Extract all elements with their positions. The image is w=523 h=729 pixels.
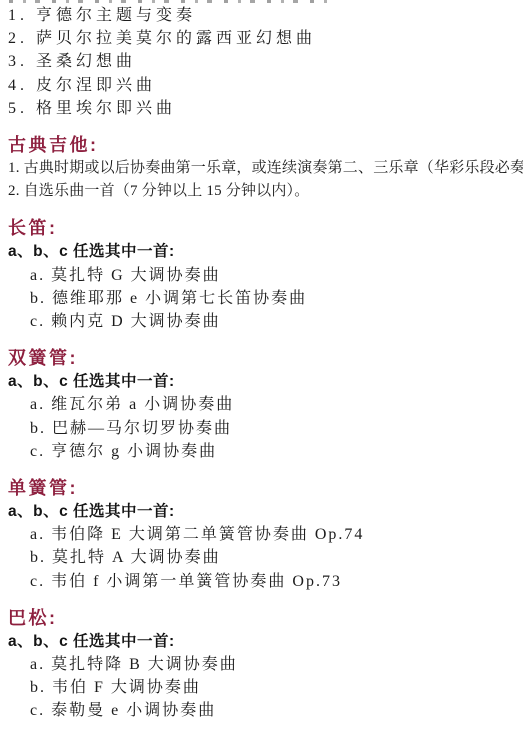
section-title: 巴松: (8, 606, 523, 630)
repertoire-item: a. 维瓦尔弟 a 小调协奏曲 (30, 393, 523, 416)
repertoire-item: b. 德维耶那 e 小调第七长笛协奏曲 (30, 287, 523, 310)
requirement-item: 1. 古典时期或以后协奏曲第一乐章，或连续演奏第二、三乐章（华彩乐段必奏）; (8, 157, 523, 180)
list-item: 5. 格里埃尔即兴曲 (8, 97, 523, 120)
section-title: 双簧管: (8, 346, 523, 370)
list-item: 3. 圣桑幻想曲 (8, 50, 523, 73)
repertoire-item: c. 泰勒曼 e 小调协奏曲 (30, 699, 523, 722)
document-page: 1. 亨德尔主题与变奏 2. 萨贝尔拉美莫尔的露西亚幻想曲 3. 圣桑幻想曲 4… (0, 0, 523, 729)
repertoire-item: c. 亨德尔 g 小调协奏曲 (30, 440, 523, 463)
document-content: 1. 亨德尔主题与变奏 2. 萨贝尔拉美莫尔的露西亚幻想曲 3. 圣桑幻想曲 4… (0, 0, 523, 723)
prelude-list: 1. 亨德尔主题与变奏 2. 萨贝尔拉美莫尔的露西亚幻想曲 3. 圣桑幻想曲 4… (0, 4, 523, 120)
section-flute: 长笛: a、b、c 任选其中一首: a. 莫扎特 G 大调协奏曲 b. 德维耶那… (0, 216, 523, 333)
section-oboe: 双簧管: a、b、c 任选其中一首: a. 维瓦尔弟 a 小调协奏曲 b. 巴赫… (0, 346, 523, 463)
repertoire-item: b. 莫扎特 A 大调协奏曲 (30, 546, 523, 569)
section-bassoon: 巴松: a、b、c 任选其中一首: a. 莫扎特降 B 大调协奏曲 b. 韦伯 … (0, 606, 523, 723)
section-clarinet: 单簧管: a、b、c 任选其中一首: a. 韦伯降 E 大调第二单簧管协奏曲 O… (0, 476, 523, 593)
list-item: 2. 萨贝尔拉美莫尔的露西亚幻想曲 (8, 27, 523, 50)
chooser-line: a、b、c 任选其中一首: (8, 240, 523, 263)
section-title: 古典吉他: (8, 133, 523, 157)
repertoire-item: b. 巴赫—马尔切罗协奏曲 (30, 417, 523, 440)
repertoire-item: c. 韦伯 f 小调第一单簧管协奏曲 Op.73 (30, 570, 523, 593)
section-classical-guitar: 古典吉他: 1. 古典时期或以后协奏曲第一乐章，或连续演奏第二、三乐章（华彩乐段… (0, 133, 523, 203)
chooser-line: a、b、c 任选其中一首: (8, 370, 523, 393)
repertoire-item: a. 莫扎特 G 大调协奏曲 (30, 264, 523, 287)
list-item: 4. 皮尔涅即兴曲 (8, 74, 523, 97)
requirement-item: 2. 自选乐曲一首（7 分钟以上 15 分钟以内）。 (8, 180, 523, 203)
repertoire-item: c. 赖内克 D 大调协奏曲 (30, 310, 523, 333)
chooser-line: a、b、c 任选其中一首: (8, 630, 523, 653)
repertoire-item: a. 莫扎特降 B 大调协奏曲 (30, 653, 523, 676)
cropped-text-remnant (9, 0, 330, 3)
section-title: 单簧管: (8, 476, 523, 500)
repertoire-item: a. 韦伯降 E 大调第二单簧管协奏曲 Op.74 (30, 523, 523, 546)
chooser-line: a、b、c 任选其中一首: (8, 500, 523, 523)
section-title: 长笛: (8, 216, 523, 240)
repertoire-item: b. 韦伯 F 大调协奏曲 (30, 676, 523, 699)
list-item: 1. 亨德尔主题与变奏 (8, 4, 523, 27)
